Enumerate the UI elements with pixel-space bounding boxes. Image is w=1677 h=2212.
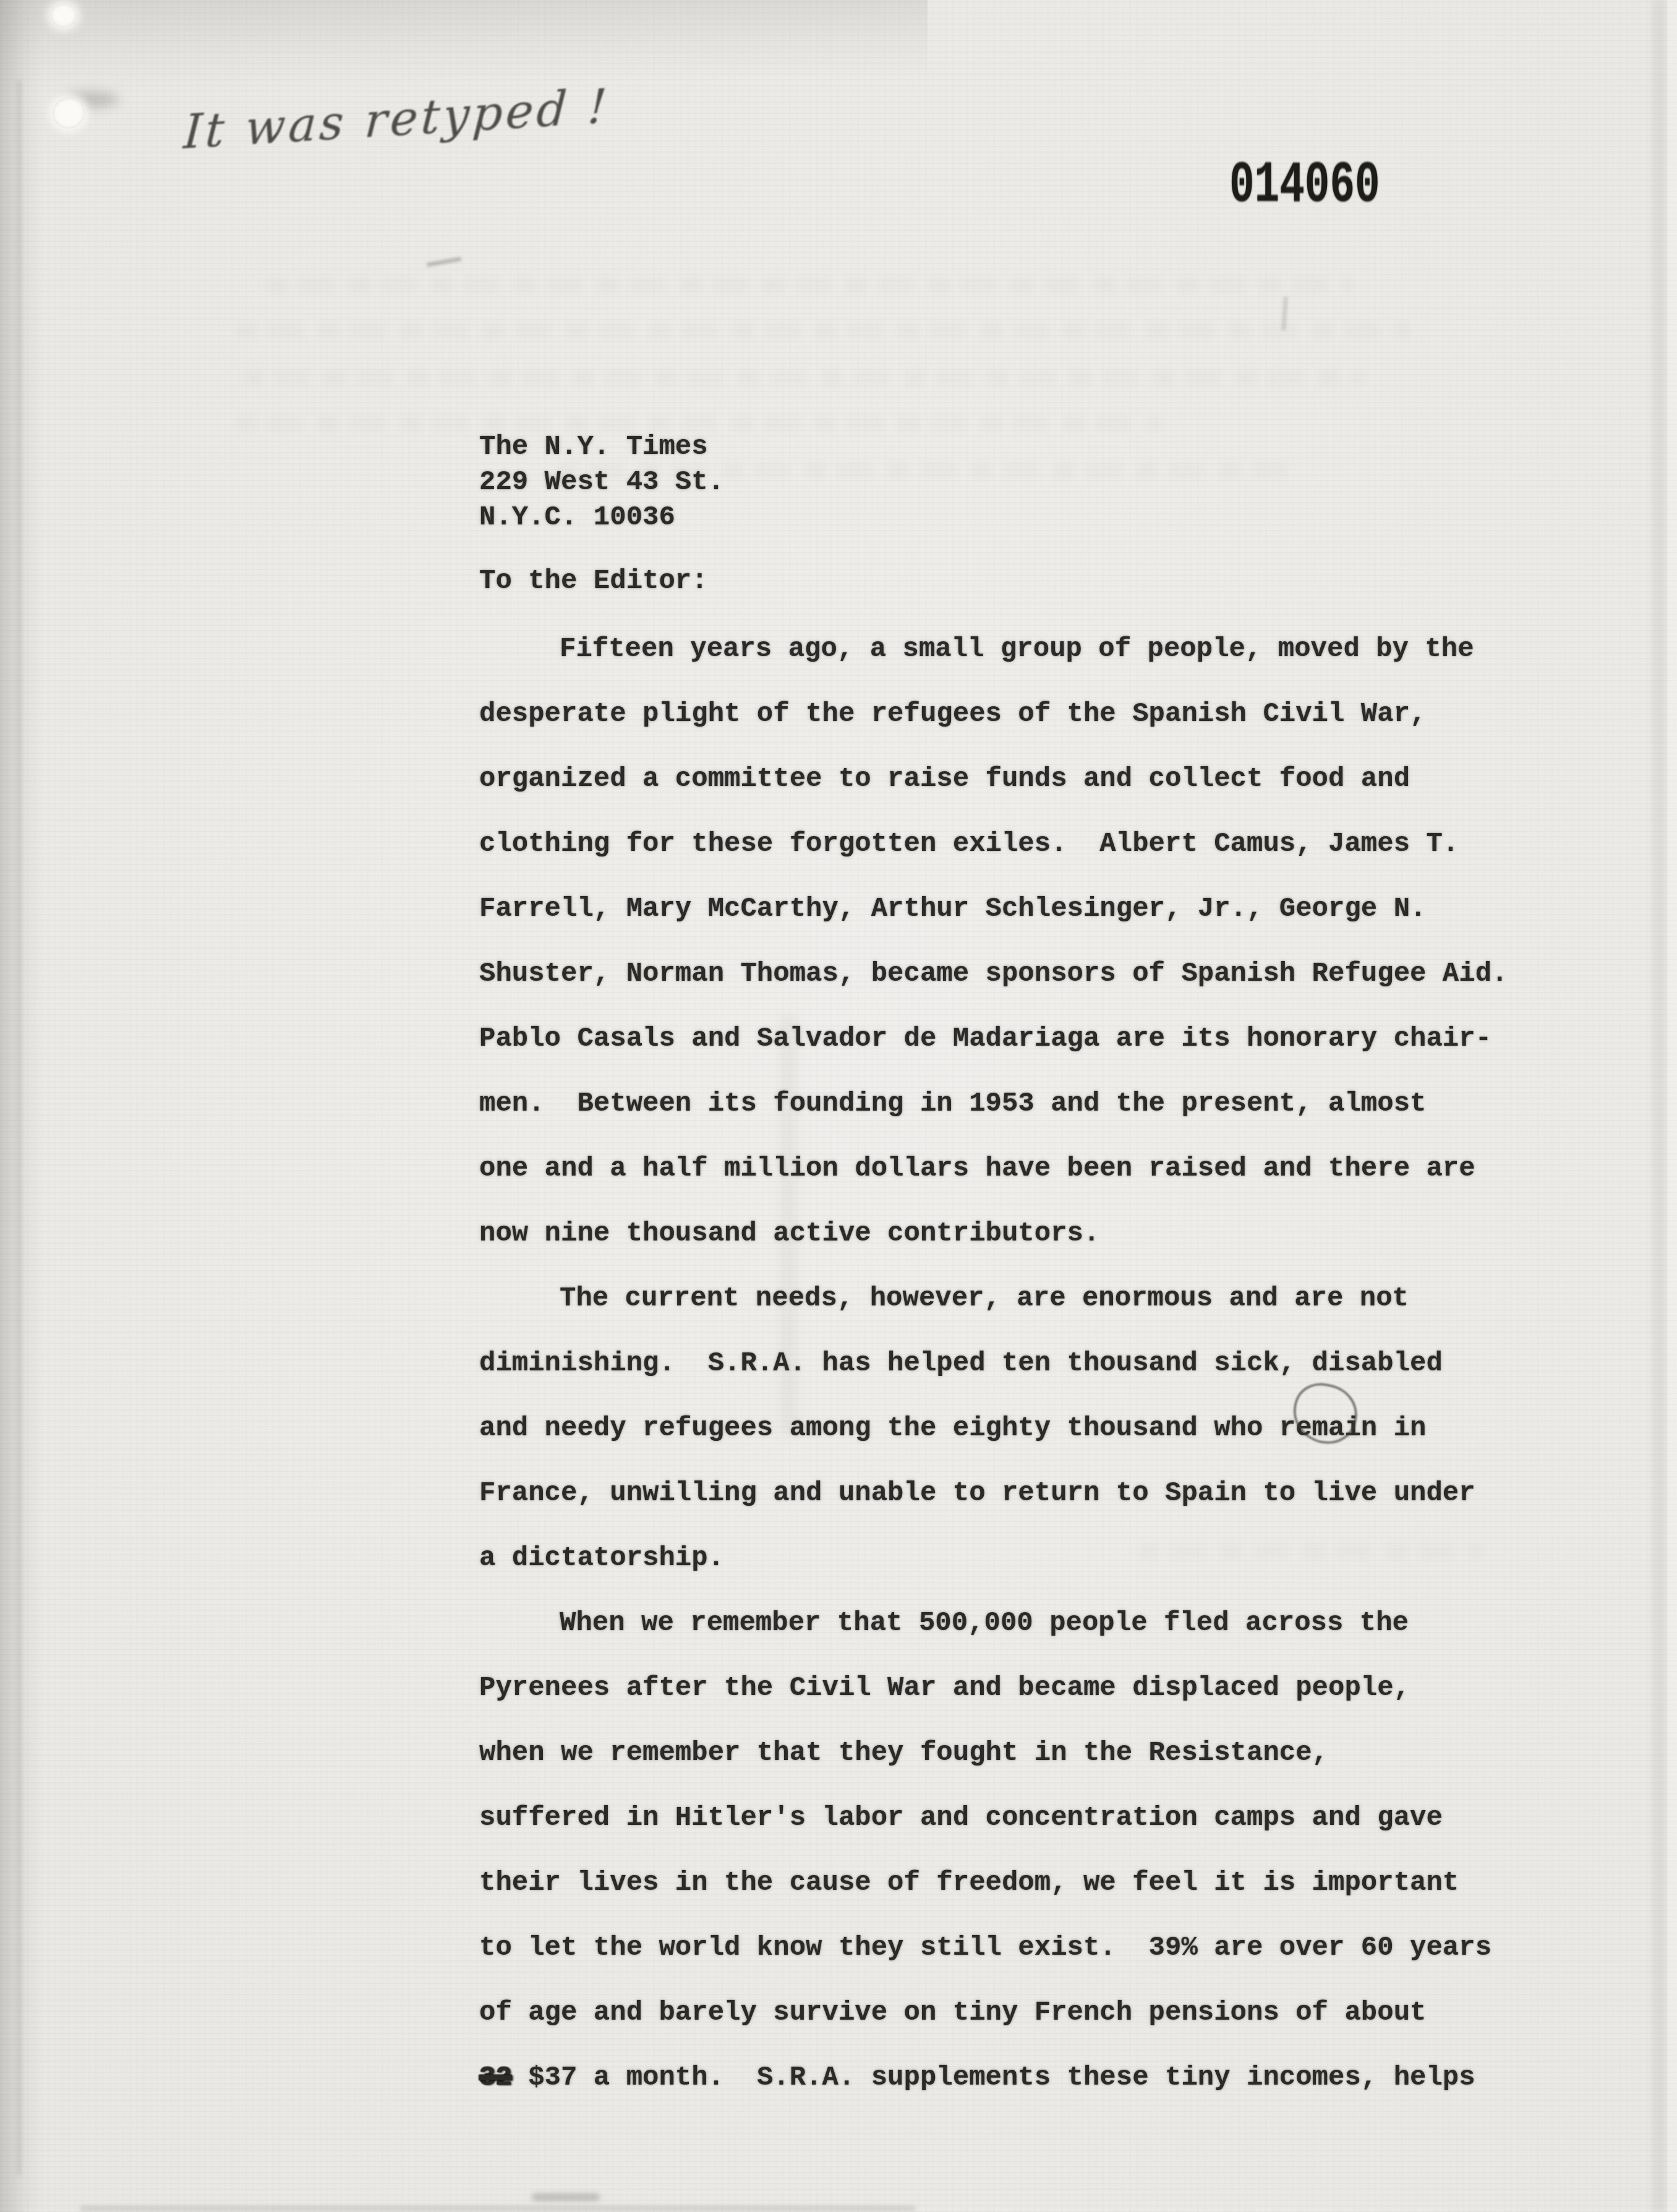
typed-line: Fifteen years ago, a small group of peop… <box>479 617 1508 682</box>
typed-line: Farrell, Mary McCarthy, Arthur Schlesing… <box>479 877 1508 942</box>
typed-line: clothing for these forgotten exiles. Alb… <box>479 812 1508 877</box>
bleed-through-ghost-text <box>266 277 1354 293</box>
recipient-address: The N.Y. Times229 West 43 St.N.Y.C. 1003… <box>479 430 724 536</box>
typed-line: Pablo Casals and Salvador de Madariaga a… <box>479 1007 1508 1072</box>
typed-line: N.Y.C. 10036 <box>479 500 724 536</box>
typed-line: Pyrenees after the Civil War and became … <box>479 1656 1508 1721</box>
bleed-through-ghost-text <box>241 370 1367 386</box>
typed-line: The N.Y. Times <box>479 430 724 465</box>
scan-edge-right <box>1652 0 1666 2212</box>
typed-line: desperate plight of the refugees of the … <box>479 682 1508 747</box>
bleed-through-ghost-text <box>235 323 1410 339</box>
typed-line: organized a committee to raise funds and… <box>479 747 1508 812</box>
typed-line: their lives in the cause of freedom, we … <box>479 1851 1508 1916</box>
typed-line: to let the world know they still exist. … <box>479 1916 1508 1981</box>
typed-line: 229 West 43 St. <box>479 465 724 500</box>
scanned-letter-page: It was retyped ! 014060 The N.Y. Times22… <box>0 0 1677 2212</box>
typed-line: 32 $37 a month. S.R.A. supplements these… <box>479 2046 1508 2111</box>
punch-hole-icon <box>51 4 77 27</box>
scan-edge-top <box>0 0 928 93</box>
typed-line: when we remember that they fought in the… <box>479 1721 1508 1786</box>
punch-hole-icon <box>53 98 85 129</box>
typed-line: a dictatorship. <box>479 1526 1508 1591</box>
scan-edge-left <box>0 0 43 2212</box>
stamp-number: 014060 <box>1229 153 1380 219</box>
letter-body: Fifteen years ago, a small group of peop… <box>479 617 1508 2111</box>
scan-edge-right-bright <box>1667 0 1677 2212</box>
scan-edge-left-line <box>17 80 21 2175</box>
typed-line: France, unwilling and unable to return t… <box>479 1461 1508 1526</box>
typed-line: suffered in Hitler's labor and concentra… <box>479 1786 1508 1851</box>
ink-smudge <box>532 2193 600 2201</box>
typed-line: When we remember that 500,000 people fle… <box>479 1591 1508 1656</box>
salutation: To the Editor: <box>479 564 708 599</box>
typed-line: and needy refugees among the eighty thou… <box>479 1396 1508 1461</box>
pencil-mark <box>427 257 461 267</box>
typed-line: now nine thousand active contributors. <box>479 1202 1508 1266</box>
typed-line: Shuster, Norman Thomas, became sponsors … <box>479 942 1508 1007</box>
typed-line: of age and barely survive on tiny French… <box>479 1981 1508 2046</box>
typed-line: diminishing. S.R.A. has helped ten thous… <box>479 1331 1508 1396</box>
handwritten-note: It was retyped ! <box>182 78 612 160</box>
typed-line: one and a half million dollars have been… <box>479 1137 1508 1202</box>
typed-line: men. Between its founding in 1953 and th… <box>479 1072 1508 1137</box>
scan-edge-bottom <box>80 2206 915 2211</box>
typed-line: The current needs, however, are enormous… <box>479 1266 1508 1331</box>
